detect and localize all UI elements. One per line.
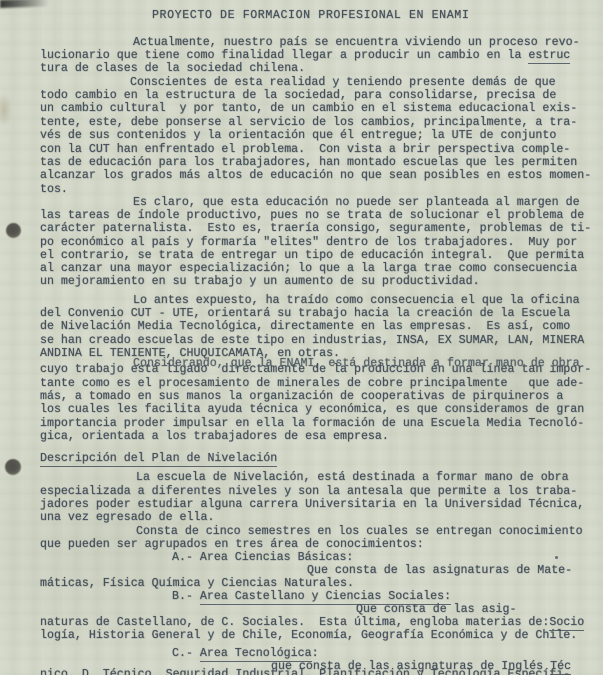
text-line: alcanzar los grados más altos de educaci… — [40, 170, 591, 182]
text-line: importancia proder impulsar en ella la f… — [40, 418, 584, 430]
text-line: Que consta de las asig- — [356, 604, 516, 616]
text-line: tos. — [40, 184, 68, 196]
text-line: vés de sus contenidos y la orientación q… — [40, 130, 556, 142]
underlined-text-segment: estruc — [528, 49, 570, 64]
text-line: tente, este, debe ponserse al servicio d… — [40, 117, 577, 129]
text-line: naturas de Castellano, de C. Sociales. E… — [40, 617, 584, 629]
overstruck-line: cuyo trabajo está ligado directamente de… — [40, 364, 591, 376]
text-line: al canzar una mayor especialización; lo … — [40, 263, 577, 275]
text-line: más, a tomado en sus manos la organizaci… — [40, 391, 563, 403]
scan-corner-mark — [0, 0, 52, 8]
text-line: Actualmente, nuestro país se encuentra v… — [133, 37, 580, 49]
text-line: máticas, Física Química y Ciencias Natur… — [40, 578, 354, 590]
text-line: nico, D. Técnico, Seguridad Industrial, … — [40, 669, 570, 675]
text-line: un cambio cultural y por tanto, de un ca… — [40, 103, 577, 115]
list-item-a: A.- Area Ciencias Básicas: — [172, 552, 353, 564]
text-line: un mejoramiento en su trabajo y un aumen… — [40, 276, 480, 288]
text-line: una vez egresado de ella. — [40, 512, 214, 524]
document-title: PROYECTO DE FORMACION PROFESIONAL EN ENA… — [152, 10, 469, 22]
section-heading: Descripción del Plan de Nivelación — [40, 453, 277, 465]
text-segment: : — [312, 647, 319, 660]
text-line: de Nivelación Media Tecnológica, directa… — [40, 321, 570, 333]
text-line: se han creado escuelas de este tipo en i… — [40, 335, 584, 347]
text-line: logía, Historia General y de Chile, Econ… — [40, 630, 577, 642]
punch-hole — [6, 223, 21, 238]
text-line: La escuela de Nivelación, está destinada… — [136, 472, 569, 484]
text-line: los cuales les facilita ayuda técnica y … — [40, 404, 584, 416]
text-line: Lo antes expuesto, ha traído como consec… — [133, 295, 580, 307]
list-item-b: B.- Area Castellano y Ciencias Sociales: — [172, 591, 451, 603]
text-line: Que consta de las asignaturas de Mate- — [307, 565, 572, 577]
text-line: todo cambio en la estructura de la socie… — [40, 90, 556, 102]
text-line: po económico al país y formaría "elites"… — [40, 237, 577, 249]
text-line: lucionario que tiene como finalidad lleg… — [40, 50, 570, 62]
text-line: tas de educación para los trabajadores, … — [40, 157, 577, 169]
text-line: que pueden ser agrupados en tres área de… — [40, 539, 424, 551]
underlined-text-segment: Descripción del Plan de Nivelación — [40, 452, 277, 467]
text-line: el contrario, se trata de entregar un ti… — [40, 250, 584, 262]
text-segment: naturas de Castellano, de C. Sociales. E… — [40, 616, 549, 629]
text-line: con la CUT han enfrentado el problema. C… — [40, 144, 570, 156]
text-segment: C.- — [172, 647, 200, 660]
text-line: tante como es el procesamiento de minera… — [40, 378, 584, 390]
text-line: especializada a diferentes niveles y son… — [40, 486, 577, 498]
text-segment: lucionario que tiene como finalidad lleg… — [40, 49, 528, 62]
text-segment: B.- — [172, 590, 200, 603]
text-line: del Convenio CUT - UTE, orientará su tra… — [40, 308, 570, 320]
text-line: Es claro, que esta educación no puede se… — [133, 197, 580, 209]
text-line: Consta de cinco semestres en los cuales … — [136, 526, 583, 538]
text-line: las tareas de índole productivo, pues no… — [40, 210, 584, 222]
text-line: carácter paternalista. Esto es, traería … — [40, 223, 591, 235]
text-line: tura de clases de la sociedad chilena. — [40, 63, 305, 75]
list-item-c: C.- Area Tecnológica: — [172, 648, 319, 660]
ink-speck — [555, 556, 558, 559]
text-line: Conscientes de esta realidad y teniendo … — [130, 77, 556, 89]
punch-hole — [5, 459, 21, 475]
scanned-document-page: PROYECTO DE FORMACION PROFESIONAL EN ENA… — [0, 0, 603, 675]
text-line: jadores poder estudiar alguna carrera Un… — [40, 499, 584, 511]
paper-smudge — [0, 93, 12, 127]
text-line: gica, orientada a los trabajadores de es… — [40, 431, 389, 443]
